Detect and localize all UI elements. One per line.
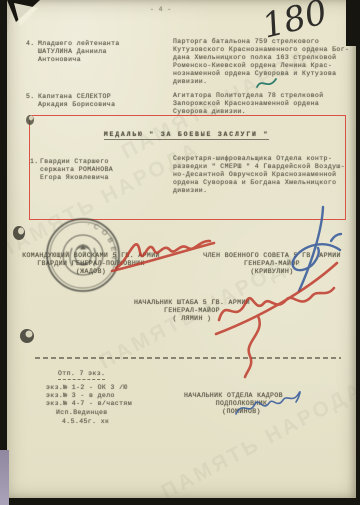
award-heading: МЕДАЛЬЮ " ЗА БОЕВЫЕ ЗАСЛУГИ " [104, 131, 269, 140]
entry-number: 4. [26, 40, 35, 48]
copies-line: экз.№ 3 - в дело [46, 392, 115, 400]
entry-right-line: Агитатора Политотдела 78 стрелковой [173, 92, 324, 100]
council-member-line: ЧЛЕН ВОЕННОГО СОВЕТА 5 ГВ. АРМИИ [198, 252, 346, 260]
entry-number: 5. [26, 93, 35, 101]
entry-right-line: дана Хмельницкого полка 163 стрелковой [173, 54, 336, 62]
entry-right-line: дивизии. [173, 187, 207, 195]
entry-left-line: сержанта РОМАНОВА [40, 166, 113, 174]
chief-of-staff-line: ( ЛЯМИН ) [122, 315, 262, 323]
hr-officer-line: НАЧАЛЬНИК ОТДЕЛА КАДРОВ [184, 392, 283, 400]
entry-right-line: дивизии. [173, 78, 207, 86]
scan-edge-right [356, 0, 360, 505]
chief-of-staff-line: ГЕНЕРАЛ-МАЙОР [122, 307, 262, 315]
entry-right-line: но-Десантной Овручской Краснознаменной [173, 171, 336, 179]
council-member-line: ГЕНЕРАЛ-МАЙОР [198, 260, 346, 268]
copies-line: экз.№ 1-2 - ОК 3 /Ю [46, 384, 128, 392]
entry-right-line: разведки " СМЕРШ " 4 Гвардейской Воздуш- [173, 163, 345, 171]
document-scan: ПАМЯТЬ НАРОДА ПАМЯТЬ НАРОДА ПАМЯТЬ НАРОД… [0, 0, 360, 505]
scan-edge-bottom [0, 498, 360, 505]
entry-right-line: Кутузовского Краснознаменного ордена Бог… [173, 46, 349, 54]
entry-left-line: Капитана СЕЛЕКТОР [38, 93, 111, 101]
copies-line: экз.№ 4-7 - в/частям [46, 400, 132, 408]
commander-line: ГВАРДИИ ГЕНЕРАЛ-ПОЛКОВНИК [6, 260, 176, 268]
hr-officer-line: (ПОМИНОВ) [184, 408, 299, 416]
chief-of-staff-line: НАЧАЛЬНИК ШТАБА 5 ГВ. АРМИИ [122, 299, 262, 307]
entry-left-line: Младшего лейтенанта [38, 40, 120, 48]
entry-left-line: Гвардии Старшего [40, 158, 109, 166]
page-number: - 4 - [150, 6, 172, 14]
scan-edge-left [0, 0, 7, 505]
entry-left-line: Егора Яковлевича [40, 174, 109, 182]
entry-right-line: Парторга батальона 759 стрелкового [173, 38, 319, 46]
scan-edge-purple [0, 450, 9, 505]
entry-right-line: ордена Суворова и Богдана Хмельницкого [173, 179, 336, 187]
entry-right-line: Секретаря-шифровальщика Отдела контр- [173, 155, 332, 163]
copies-title: Отп. 7 экз. [58, 370, 105, 380]
award-heading-wrap: МЕДАЛЬЮ " ЗА БОЕВЫЕ ЗАСЛУГИ " [29, 131, 344, 139]
entry-right-line: нознаменной ордена Суворова и Кутузова [173, 70, 336, 78]
entry-left-line: ШАТУЛИНА Даниила [38, 48, 107, 56]
council-member-line: (КРИВУЛИН) [198, 268, 346, 276]
entry-number: 1. [30, 158, 39, 166]
hr-officer-line: ПОДПОЛКОВНИК [184, 400, 299, 408]
entry-right-line: Запорожской Краснознаменной ордена [173, 100, 319, 108]
commander-line: КОМАНДУЮЩИЙ ВОЙСКАМИ 5 ГВ. АРМИИ [6, 252, 176, 260]
entry-left-line: Аркадия Борисовича [38, 101, 115, 109]
commander-line: (ЖАДОВ) [6, 268, 176, 276]
copies-line: Исп.Вединцев [56, 409, 108, 417]
entry-right-line: Роменско-Киевской ордена Ленина Крас- [173, 62, 332, 70]
scan-edge-top-right [346, 0, 360, 46]
copies-line: 4.5.45г. хк [62, 418, 109, 426]
entry-left-line: Антоновича [38, 56, 81, 64]
dashed-separator [35, 357, 341, 359]
